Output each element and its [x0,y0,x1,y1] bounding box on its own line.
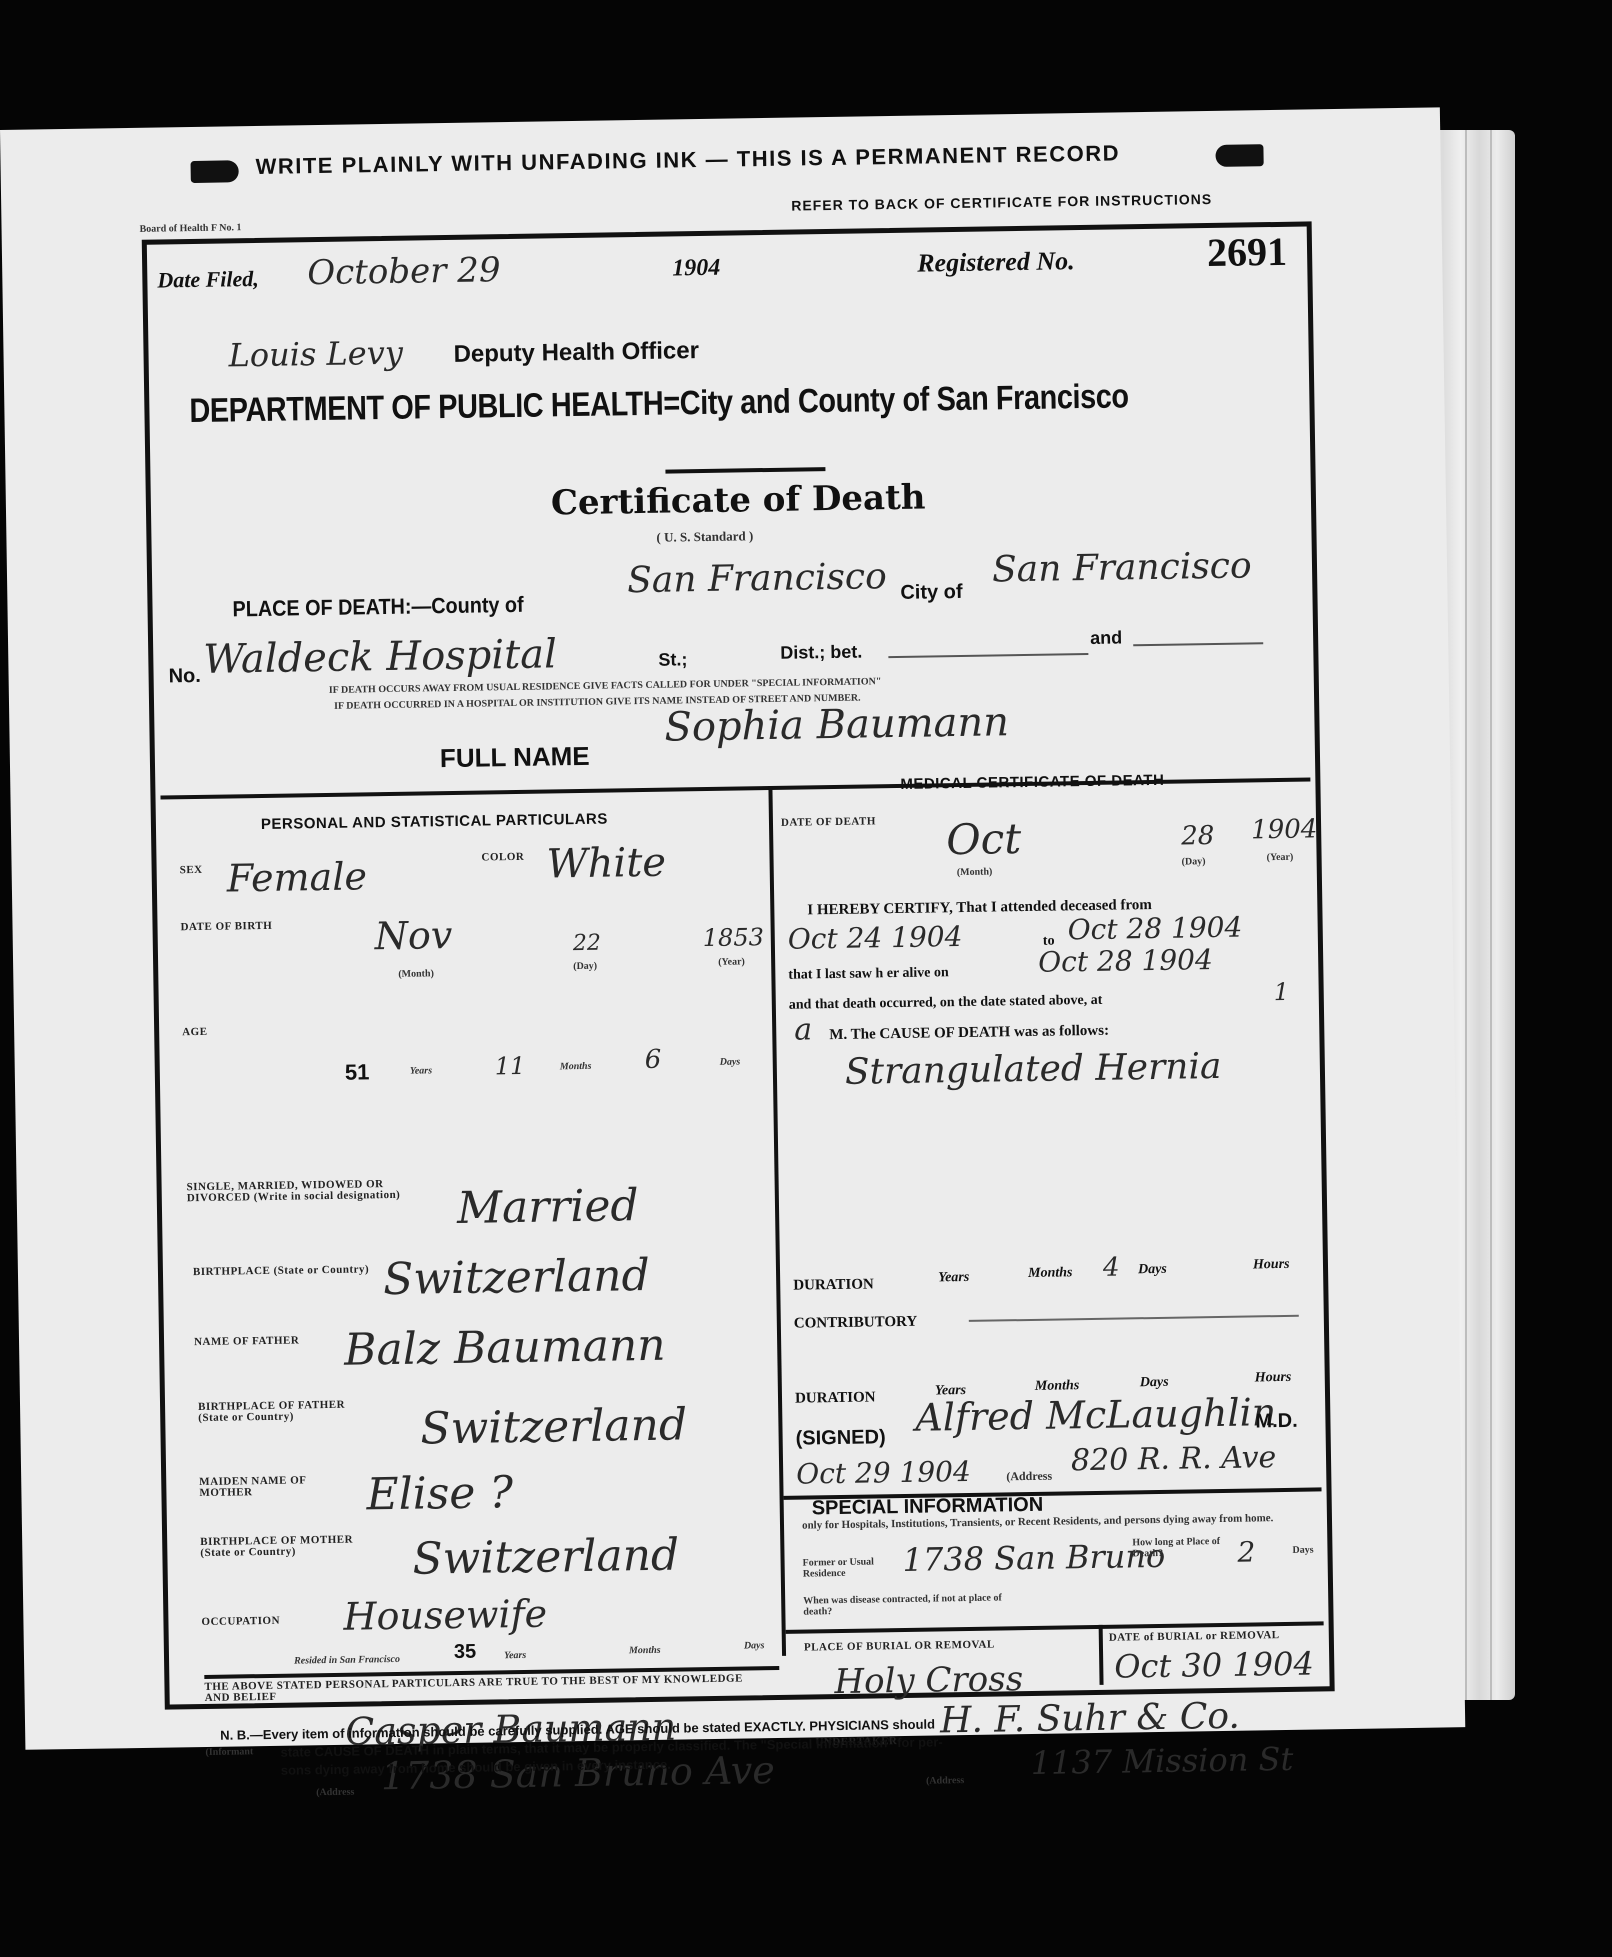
age-months-label: Months [560,1061,592,1072]
date-filed-value: October 29 [307,250,501,293]
dob-label: DATE OF BIRTH [180,921,272,933]
duration-label: DURATION [793,1276,874,1294]
signed-label: (SIGNED) [795,1426,885,1450]
contracted-label: When was disease contracted, if not at p… [803,1592,1003,1617]
filed-year: 1904 [672,255,720,283]
how-long-label: How long at Place of Death? [1132,1536,1252,1560]
duration2-label: DURATION [795,1389,876,1407]
certificate-title: Certificate of Death [551,478,926,524]
father-birthplace-value: Switzerland [420,1399,687,1454]
resided-years: 35 [454,1641,477,1664]
officer-signature: Louis Levy [228,334,403,375]
cause-value: Strangulated Hernia [845,1046,1222,1093]
mother-birthplace-label: BIRTHPLACE OF MOTHER (State or Country) [200,1534,370,1559]
birthplace-value: Switzerland [383,1250,650,1305]
dob-year: 1853 [703,923,765,952]
street-label: St.; [658,649,687,670]
age-days-label: Days [720,1056,741,1067]
former-residence-label: Former or Usual Residence [803,1556,893,1579]
sex-value: Female [226,854,367,900]
duration-years-label: Years [938,1270,969,1286]
city-value: San Francisco [992,545,1252,590]
dob-month: Nov [374,913,452,958]
physician-address-label: (Address [1006,1469,1052,1485]
resided-days-label: Days [744,1640,765,1651]
mother-birthplace-value: Switzerland [412,1530,679,1585]
city-label: City of [900,581,963,605]
time-value: 1 [1273,978,1289,1006]
physician-address: 820 R. R. Ave [1071,1440,1277,1478]
dod-month-caption: (Month) [957,867,993,879]
dod-month: Oct [946,814,1022,864]
physician-signature: Alfred McLaughlin [915,1390,1277,1440]
duration2-hours-label: Hours [1255,1370,1292,1387]
attended-from: Oct 24 1904 [788,920,963,956]
undertaker-address-label: (Address [926,1775,964,1787]
place-of-death-label: PLACE OF DEATH:—County of [232,592,523,623]
duration-days-value: 4 [1103,1253,1120,1283]
place-value: Waldeck Hospital [203,631,557,683]
ampm-value: a [794,1012,812,1047]
mother-label: MAIDEN NAME OF MOTHER [199,1475,339,1499]
burial-date-value: Oct 30 1904 [1114,1645,1314,1686]
printer-imprint: Board of Health F No. 1 [139,222,241,235]
age-months: 11 [495,1052,526,1080]
marital-label: SINGLE, MARRIED, WIDOWED OR DIVORCED (Wr… [187,1178,427,1204]
age-label: AGE [182,1027,208,1038]
former-residence-value: 1738 San Bruno [902,1537,1165,1579]
dod-day-caption: (Day) [1182,856,1206,867]
duration2-days-label: Days [1140,1375,1169,1391]
occupation-value: Housewife [343,1592,547,1639]
contributory-label: CONTRIBUTORY [794,1314,918,1333]
informant-address-label: (Address [316,1787,354,1799]
full-name-label: FULL NAME [440,741,590,774]
full-name-value: Sophia Baumann [664,699,1009,750]
dob-day: 22 [573,931,601,956]
resided-years-label: Years [504,1650,526,1661]
last-saw-value: Oct 28 1904 [1038,943,1213,979]
age-days: 6 [644,1045,661,1075]
burial-place-value: Holy Cross [834,1659,1023,1702]
death-certificate: WRITE PLAINLY WITH UNFADING INK — THIS I… [0,107,1465,1749]
signed-date: Oct 29 1904 [796,1455,971,1491]
pointing-hand-icon [191,160,239,183]
age-years-label: Years [410,1065,432,1076]
age-years: 51 [345,1059,370,1085]
resided-months-label: Months [629,1645,661,1656]
dod-label: DATE OF DEATH [781,816,876,828]
number-label: No. [168,665,201,689]
registered-number: 2691 [1207,228,1288,276]
attended-to: Oct 28 1904 [1067,911,1242,947]
occupation-label: OCCUPATION [201,1616,280,1628]
ink-warning: WRITE PLAINLY WITH UNFADING INK — THIS I… [255,140,1120,180]
dod-day: 28 [1181,821,1215,852]
dod-year-caption: (Year) [1267,852,1294,863]
father-birthplace-label: BIRTHPLACE OF FATHER (State or Country) [198,1399,368,1424]
year-caption: (Year) [718,956,745,967]
father-label: NAME OF FATHER [194,1335,314,1348]
month-caption: (Month) [398,968,434,980]
day-caption: (Day) [573,961,597,972]
resided-label: Resided in San Francisco [294,1654,400,1667]
how-long-unit: Days [1292,1545,1313,1556]
duration-months-label: Months [1028,1265,1073,1282]
us-standard: ( U. S. Standard ) [656,528,753,546]
color-value: White [546,840,666,888]
duration-days-label: Days [1138,1262,1167,1278]
district-label: Dist.; bet. [780,642,862,664]
and-label: and [1090,627,1122,649]
dod-year: 1904 [1251,814,1318,845]
mother-value: Elise ? [366,1467,513,1520]
pointing-hand-icon [1215,144,1263,167]
registered-label: Registered No. [917,246,1075,278]
duration-hours-label: Hours [1253,1257,1290,1274]
officer-title: Deputy Health Officer [453,337,699,369]
last-saw-text: that I last saw h er alive on [788,965,949,984]
color-label: COLOR [481,852,524,864]
county-value: San Francisco [627,556,887,601]
sex-label: SEX [180,865,203,876]
refer-instructions: REFER TO BACK OF CERTIFICATE FOR INSTRUC… [791,191,1212,214]
father-value: Balz Baumann [344,1320,666,1376]
how-long-value: 2 [1237,1535,1255,1568]
date-filed-label: Date Filed, [157,266,259,294]
marital-value: Married [457,1180,639,1234]
md-label: M.D. [1255,1410,1298,1434]
